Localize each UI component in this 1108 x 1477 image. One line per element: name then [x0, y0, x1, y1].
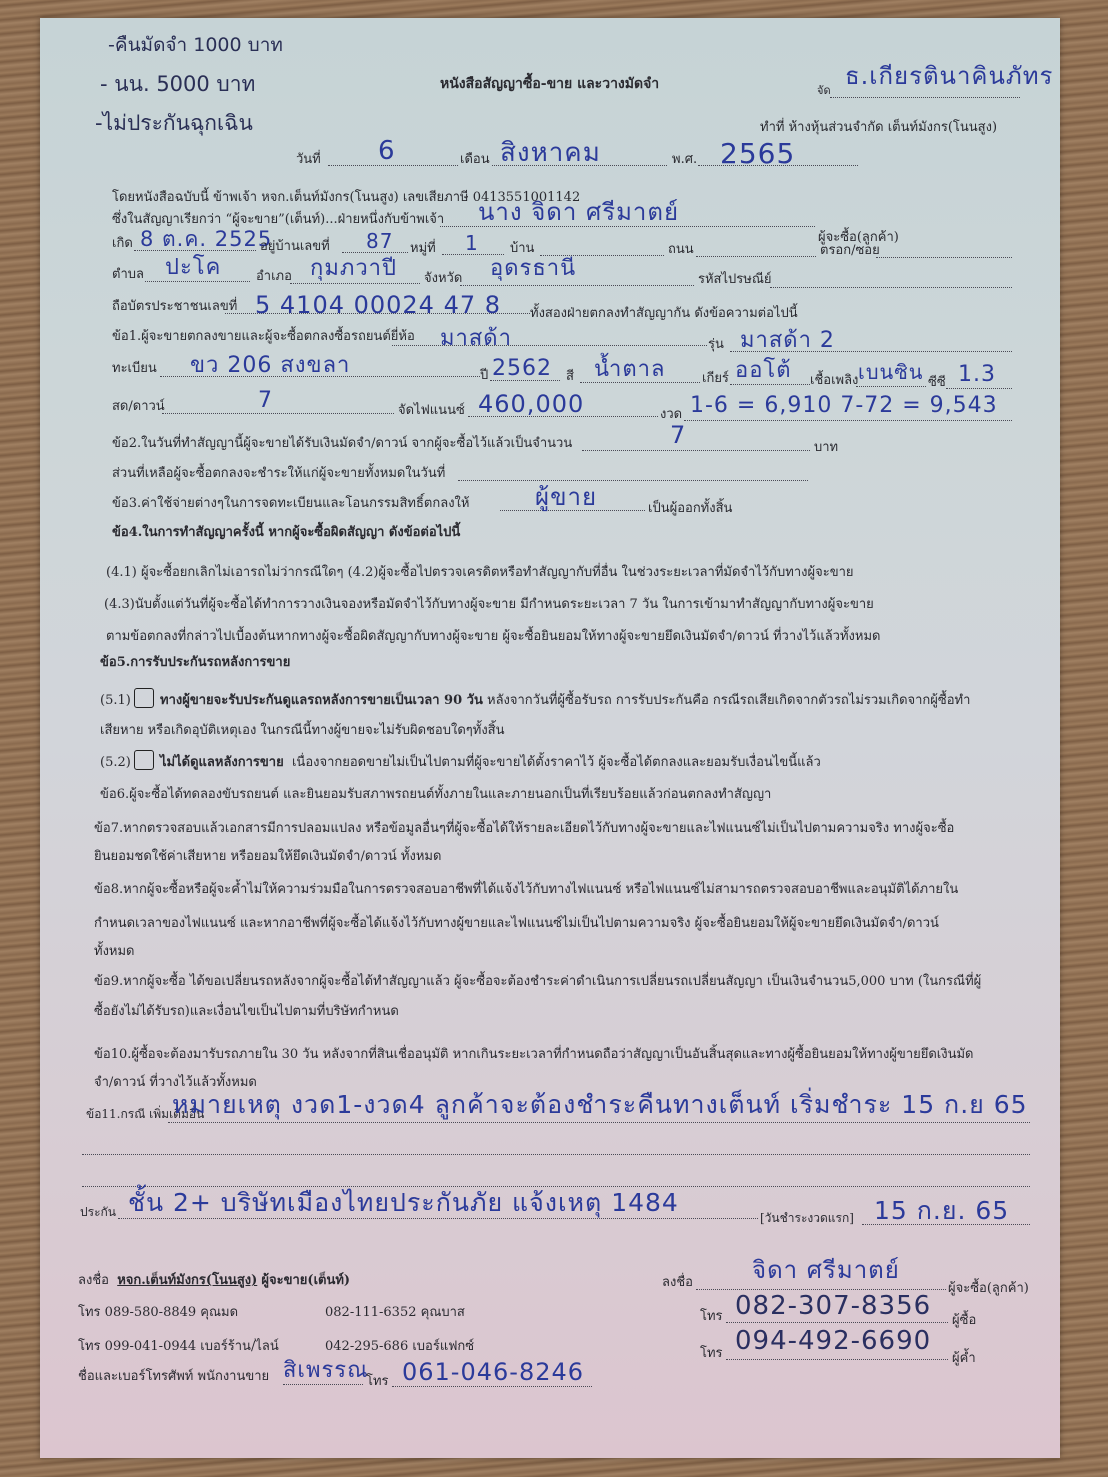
staff-name-line — [283, 1384, 363, 1385]
moo-value[interactable]: 1 — [465, 233, 479, 253]
model-label: รุ่น — [708, 338, 724, 351]
insurance-line — [118, 1218, 758, 1219]
soi-line — [876, 257, 1012, 258]
clause4-line-3: ตามข้อตกลงที่กล่าวไปเบื้องต้นหากทางผู้จะ… — [106, 630, 880, 643]
buyer-sign-role: ผู้จะซื้อ(ลูกค้า) — [948, 1282, 1029, 1295]
guarantor-phone-role: ผู้ค้ำ — [952, 1352, 976, 1365]
location-text: ทำที่ ห้างหุ้นส่วนจำกัด เต็นท์มังกร(โนนส… — [760, 121, 997, 134]
finance-label: จัดไฟแนนซ์ — [398, 404, 465, 417]
clause11-line-2 — [82, 1154, 1030, 1155]
margin-note-1: -คืนมัดจำ 1000 บาท — [108, 36, 283, 55]
buyer-phone-role: ผู้ซื้อ — [952, 1314, 976, 1327]
staff-phone-value[interactable]: 061-046-8246 — [402, 1360, 584, 1384]
id-label: ถือบัตรประชาชนเลขที่ — [112, 300, 237, 313]
buyer-phone-label: โทร — [700, 1310, 723, 1323]
remaining-line — [458, 480, 808, 481]
amount-unit: บาท — [814, 441, 838, 454]
margin-note-3: -ไม่ประกันฉุกเฉิน — [95, 113, 253, 134]
fuel-line — [856, 386, 926, 387]
seller-sign-role: ผู้จะขาย(เต็นท์) — [261, 1273, 350, 1288]
clause9-line-1: ข้อ9.หากผู้จะซื้อ ได้ขอเปลี่ยนรถหลังจากผ… — [94, 975, 981, 988]
fuel-value[interactable]: เบนซิน — [858, 362, 923, 382]
province-label: จังหวัด — [424, 272, 462, 285]
first-payment-label: [วันชำระงวดแรก] — [760, 1212, 854, 1224]
clause9-line-2: ซื้อยังไม่ได้รับรถ)และเงื่อนไขเป็นไปตามท… — [94, 1005, 399, 1018]
no-warranty-detail: เนื่องจากยอดขายไม่เป็นไปตามที่ผู้จะขายได… — [292, 755, 821, 770]
amount-value[interactable]: 7 — [670, 423, 686, 447]
first-payment-value[interactable]: 15 ก.ย. 65 — [874, 1198, 1009, 1223]
buyer-name-value[interactable]: นาง จิดา ศรีมาตย์ — [478, 200, 679, 224]
house-no-label: อยู่บ้านเลขที่ — [260, 240, 330, 253]
fuel-label: เชื้อเพลิง — [810, 374, 858, 387]
buyer-sign-label: ลงชื่อ — [662, 1276, 693, 1289]
model-value[interactable]: มาสด้า 2 — [740, 330, 835, 352]
clause7-line-2: ยินยอมชดใช้ค่าเสียหาย หรือยอมให้ยึดเงินม… — [94, 850, 441, 863]
id-value[interactable]: 5 4104 00024 47 8 — [255, 293, 501, 317]
amount-line — [582, 450, 810, 451]
staff-phone-line — [392, 1386, 592, 1387]
clause11-line-3 — [82, 1186, 1030, 1187]
clause5-heading: ข้อ5.การรับประกันรถหลังการขาย — [100, 656, 290, 669]
clause3-text: ข้อ3.ค่าใช้จ่ายต่างๆในการจดทะเบียนและโอน… — [112, 497, 469, 510]
clause3-value[interactable]: ผู้ขาย — [535, 485, 597, 509]
warranty-90-detail: หลังจากวันที่ผู้ซื้อรับรถ การรับประกันคื… — [487, 693, 970, 708]
warranty-90-detail-2: เสียหาย หรือเกิดอุบัติเหตุเอง ในกรณีนี้ท… — [100, 724, 505, 737]
no-warranty-bold: ไม่ได้ดูแลหลังการขาย — [160, 755, 284, 770]
year-value[interactable]: 2565 — [720, 140, 795, 168]
seller-phone-1: โทร 089-580-8849 คุณมด — [78, 1306, 238, 1319]
color-label: สี — [566, 370, 574, 383]
color-value[interactable]: น้ำตาล — [594, 359, 666, 381]
guarantor-phone-label: โทร — [700, 1347, 723, 1360]
moo-label: หมู่ที่ — [410, 242, 436, 255]
buyer-phone-value[interactable]: 082-307-8356 — [735, 1293, 931, 1319]
plate-value[interactable]: ขว 206 สงขลา — [190, 355, 350, 377]
staff-name-value[interactable]: สิเพรรณ — [283, 1360, 369, 1382]
road-line — [696, 256, 816, 257]
clause8-line-1: ข้อ8.หากผู้จะซื้อหรือผู้จะค้ำไม่ให้ความร… — [94, 883, 958, 896]
cc-value[interactable]: 1.3 — [958, 364, 996, 386]
guarantor-phone-value[interactable]: 094-492-6690 — [735, 1328, 931, 1354]
brand-value[interactable]: มาสด้า — [440, 328, 512, 350]
soi-label: ตรอก/ซอย — [820, 244, 880, 257]
guarantor-phone-line — [726, 1359, 948, 1360]
village-label: บ้าน — [510, 242, 534, 255]
clause10-line-2: จำ/ดาวน์ ที่วางไว้แล้วทั้งหมด — [94, 1076, 257, 1089]
gear-label: เกียร์ — [702, 372, 729, 385]
clause6-text: ข้อ6.ผู้จะซื้อได้ทดลองขับรถยนต์ และยินยอ… — [100, 788, 771, 801]
margin-note-2: - นน. 5000 บาท — [100, 74, 255, 95]
gear-line — [730, 384, 810, 385]
no-warranty-text: ไม่ได้ดูแลหลังการขาย เนื่องจากยอดขายไม่เ… — [160, 756, 821, 769]
insurance-value[interactable]: ชั้น 2+ บริษัทเมืองไทยประกันภัย แจ้งเหตุ… — [128, 1190, 679, 1215]
gear-value[interactable]: ออโต้ — [735, 360, 792, 382]
subdistrict-label: ตำบล — [112, 268, 144, 281]
born-label: เกิด — [112, 237, 133, 250]
province-value[interactable]: อุดรธานี — [490, 258, 576, 280]
seller-sign-row: ลงชื่อ หจก.เต็นท์มังกร(โนนสูง) ผู้จะขาย(… — [78, 1274, 350, 1287]
plate-label: ทะเบียน — [112, 362, 157, 375]
warranty-90-text: ทางผู้ขายจะรับประกันดูแลรถหลังการขายเป็น… — [160, 694, 970, 707]
subdistrict-line — [145, 281, 250, 282]
clause11-value[interactable]: หมายเหตุ งวด1-งวด4 ลูกค้าจะต้องชำระคืนทา… — [172, 1092, 1028, 1117]
agree-text: ทั้งสองฝ่ายตกลงทำสัญญากัน ดังข้อความต่อไ… — [530, 307, 798, 320]
buyer-signature[interactable]: จิดา ศรีมาตย์ — [752, 1258, 900, 1282]
installment-value[interactable]: 1-6 = 6,910 7-72 = 9,543 — [690, 395, 998, 417]
warranty-90-checkbox[interactable] — [134, 688, 154, 708]
clause7-line-1: ข้อ7.หากตรวจสอบแล้วเอกสารมีการปลอมแปลง ห… — [94, 822, 954, 835]
clause4-line-1: (4.1) ผู้จะซื้อยกเลิกไม่เอารถไม่ว่ากรณีใ… — [106, 566, 854, 579]
month-label: เดือน — [460, 153, 490, 166]
installment-label: งวด — [660, 408, 682, 421]
jad-line — [830, 97, 1020, 98]
staff-label: ชื่อและเบอร์โทรศัพท์ พนักงานขาย — [78, 1370, 269, 1383]
no-warranty-number: (5.2) — [100, 756, 131, 769]
month-value[interactable]: สิงหาคม — [500, 140, 601, 166]
document-title: หนังสือสัญญาซื้อ-ขาย และวางมัดจำ — [440, 77, 659, 91]
clause3-suffix: เป็นผู้ออกทั้งสิ้น — [648, 502, 732, 515]
color-line — [580, 382, 700, 383]
province-line — [460, 285, 694, 286]
no-warranty-checkbox[interactable] — [134, 750, 154, 770]
day-value[interactable]: 6 — [378, 138, 396, 164]
buyer-sign-line — [696, 1289, 946, 1290]
cc-label: ซีซี — [928, 376, 946, 389]
installment-line — [684, 420, 1012, 421]
year-label: พ.ศ. — [672, 153, 697, 166]
district-value[interactable]: กุมภวาปี — [310, 258, 397, 280]
down-line — [162, 413, 394, 414]
seller-clause: ซึ่งในสัญญาเรียกว่า “ผู้จะขาย”(เต็นท์)..… — [112, 213, 444, 226]
buyer-name-line — [440, 226, 815, 227]
remaining-text: ส่วนที่เหลือผู้จะซื้อตกลงจะชำระให้แก่ผู้… — [112, 467, 445, 480]
down-value[interactable]: 7 — [258, 390, 273, 412]
clause8-line-3: ทั้งหมด — [94, 945, 135, 958]
subdistrict-value[interactable]: ปะโค — [165, 257, 221, 279]
district-line — [290, 283, 420, 284]
year-model-value[interactable]: 2562 — [492, 358, 552, 380]
clause4-heading: ข้อ4.ในการทำสัญญาครั้งนี้ หากผู้จะซื้อผิ… — [112, 526, 460, 539]
cc-line — [946, 388, 1012, 389]
jad-label: จัด — [817, 85, 831, 96]
seller-sign-label: ลงชื่อ — [78, 1273, 109, 1288]
year-model-label: ปี — [480, 369, 488, 382]
warranty-90-bold: ทางผู้ขายจะรับประกันดูแลรถหลังการขายเป็น… — [160, 693, 483, 708]
down-label: สด/ดาวน์ — [112, 400, 165, 413]
clause1-brand-label: ข้อ1.ผู้จะขายตกลงขายและผู้จะซื้อตกลงซื้อ… — [112, 330, 415, 343]
born-value[interactable]: 8 ต.ค. 2525 — [140, 229, 272, 250]
warranty-90-number: (5.1) — [100, 694, 131, 707]
insurance-label: ประกัน — [80, 1206, 116, 1218]
district-label: อำเภอ — [256, 270, 292, 283]
postcode-line — [770, 287, 1012, 288]
clause2-text: ข้อ2.ในวันที่ทำสัญญานี้ผู้จะขายได้รับเงิ… — [112, 437, 572, 450]
seller-phone-3: โทร 099-041-0944 เบอร์ร้าน/ไลน์ — [78, 1340, 279, 1353]
seller-sign-name: หจก.เต็นท์มังกร(โนนสูง) — [117, 1273, 257, 1288]
staff-phone-label: โทร — [366, 1375, 389, 1388]
house-no-value[interactable]: 87 — [366, 231, 393, 251]
finance-value[interactable]: 460,000 — [478, 392, 584, 416]
clause8-line-2: กำหนดเวลาของไฟแนนซ์ และหากอาชีพที่ผู้จะซ… — [94, 917, 939, 930]
clause4-line-2: (4.3)นับตั้งแต่วันที่ผู้จะซื้อได้ทำการวา… — [104, 598, 874, 611]
day-label: วันที่ — [296, 153, 321, 166]
buyer-phone-line — [726, 1322, 948, 1323]
clause10-line-1: ข้อ10.ผู้ซื้อจะต้องมารับรถภายใน 30 วัน ห… — [94, 1048, 973, 1061]
postcode-label: รหัสไปรษณีย์ — [698, 273, 772, 286]
road-label: ถนน — [668, 243, 694, 256]
seller-phone-4: 042-295-686 เบอร์แฟกซ์ — [325, 1340, 474, 1353]
jad-value[interactable]: ธ.เกียรตินาคินภัทร — [845, 64, 1053, 88]
clause11-line-1 — [168, 1122, 1030, 1123]
seller-phone-2: 082-111-6352 คุณบาส — [325, 1306, 465, 1319]
